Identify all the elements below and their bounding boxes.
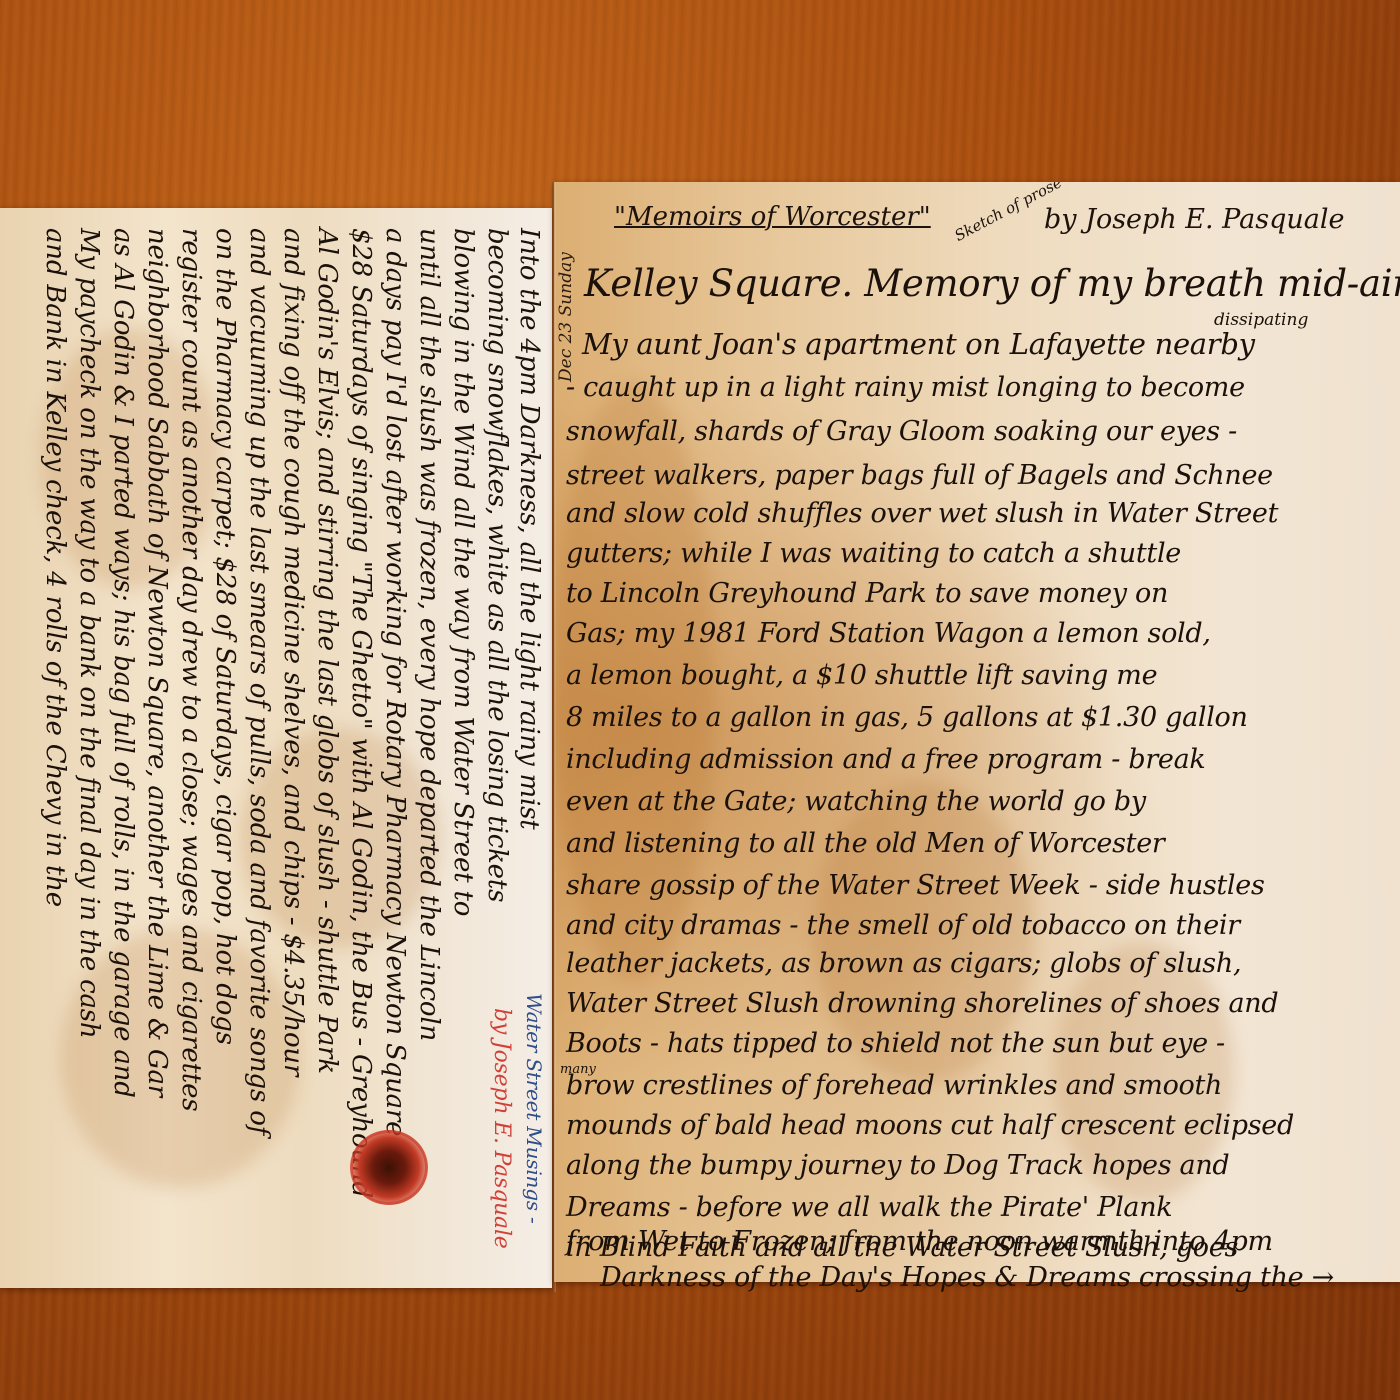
handwritten-line: Boots - hats tipped to shield not the su… (566, 1028, 1396, 1059)
handwritten-line: from Wet to Frozen; from the noon warmth… (566, 1226, 1396, 1257)
handwritten-line: and listening to all the old Men of Worc… (566, 828, 1396, 859)
left-line: Into the 4pm Darkness, all the light rai… (514, 228, 544, 830)
handwritten-line: leather jackets, as brown as cigars; glo… (566, 948, 1396, 979)
handwritten-line: and city dramas - the smell of old tobac… (566, 910, 1396, 941)
handwritten-line: mounds of bald head moons cut half cresc… (566, 1110, 1396, 1141)
left-line: and vacuuming up the last smears of pull… (244, 228, 274, 1135)
handwritten-line: 8 miles to a gallon in gas, 5 gallons at… (566, 702, 1396, 733)
handwritten-line: Gas; my 1981 Ford Station Wagon a lemon … (566, 618, 1396, 649)
left-side-author: by Joseph E. Pasquale (489, 1008, 514, 1249)
handwritten-line: gutters; while I was waiting to catch a … (566, 538, 1396, 569)
handwritten-line: Water Street Slush drowning shorelines o… (566, 988, 1396, 1019)
handwritten-line: along the bumpy journey to Dog Track hop… (566, 1150, 1396, 1181)
left-line: Al Godin's Elvis; and stirring the last … (312, 228, 342, 1074)
handwritten-line: Dreams - before we all walk the Pirate' … (566, 1192, 1396, 1223)
handwritten-line: snowfall, shards of Gray Gloom soaking o… (566, 416, 1396, 447)
title-block: "Memoirs of Worcester" Sketch of prose b… (614, 190, 1394, 250)
left-line: blowing in the Wind all the way from Wat… (448, 228, 478, 916)
left-line: until all the slush was frozen, every ho… (414, 228, 444, 1041)
date-note: Dec 23 Sunday (556, 252, 576, 382)
left-line: register count as another day drew to a … (176, 228, 206, 1111)
page-fold (552, 182, 556, 1292)
handwritten-line: and slow cold shuffles over wet slush in… (566, 498, 1396, 529)
left-line: My paycheck on the way to a bank on the … (74, 228, 104, 1038)
handwritten-line: even at the Gate; watching the world go … (566, 786, 1396, 817)
handwritten-line: street walkers, paper bags full of Bagel… (566, 460, 1396, 491)
left-line: $28 Saturdays of singing "The Ghetto" wi… (346, 228, 376, 1198)
left-line: and Bank in Kelley check, 4 rolls of the… (40, 228, 70, 907)
right-page: Dec 23 Sunday "Memoirs of Worcester" Ske… (554, 182, 1400, 1282)
handwritten-line: brow crestlines of forehead wrinkles and… (566, 1070, 1396, 1101)
handwritten-line: share gossip of the Water Street Week - … (566, 870, 1396, 901)
handwritten-line: Kelley Square. Memory of my breath mid-a… (584, 262, 1400, 305)
handwritten-line: a lemon bought, a $10 shuttle lift savin… (566, 660, 1396, 691)
left-line: and fixing off the cough medicine shelve… (278, 228, 308, 1076)
left-side-title: Water Street Musings - (522, 993, 546, 1224)
left-page-rotated-text: Into the 4pm Darkness, all the light rai… (0, 208, 552, 1288)
left-line: on the Pharmacy carpet; $28 of Saturdays… (210, 228, 240, 1045)
document-author: by Joseph E. Pasquale (1044, 204, 1344, 235)
document-title: "Memoirs of Worcester" (614, 202, 931, 232)
left-line: a days pay I'd lost after working for Ro… (380, 228, 410, 1136)
handwritten-line: including admission and a free program -… (566, 744, 1396, 775)
left-line: becoming snowflakes, white as all the lo… (482, 228, 512, 902)
handwritten-line: to Lincoln Greyhound Park to save money … (566, 578, 1396, 609)
red-ink-scribble (350, 1130, 428, 1205)
handwritten-line: - caught up in a light rainy mist longin… (566, 372, 1396, 403)
left-line: neighborhood Sabbath of Newton Square, a… (142, 228, 172, 1097)
handwritten-line: Darkness of the Day's Hopes & Dreams cro… (600, 1262, 1400, 1293)
left-line: as Al Godin & I parted ways; his bag ful… (108, 228, 138, 1098)
handwritten-line: My aunt Joan's apartment on Lafayette ne… (582, 327, 1400, 361)
right-page-content: Dec 23 Sunday "Memoirs of Worcester" Ske… (554, 182, 1400, 1282)
